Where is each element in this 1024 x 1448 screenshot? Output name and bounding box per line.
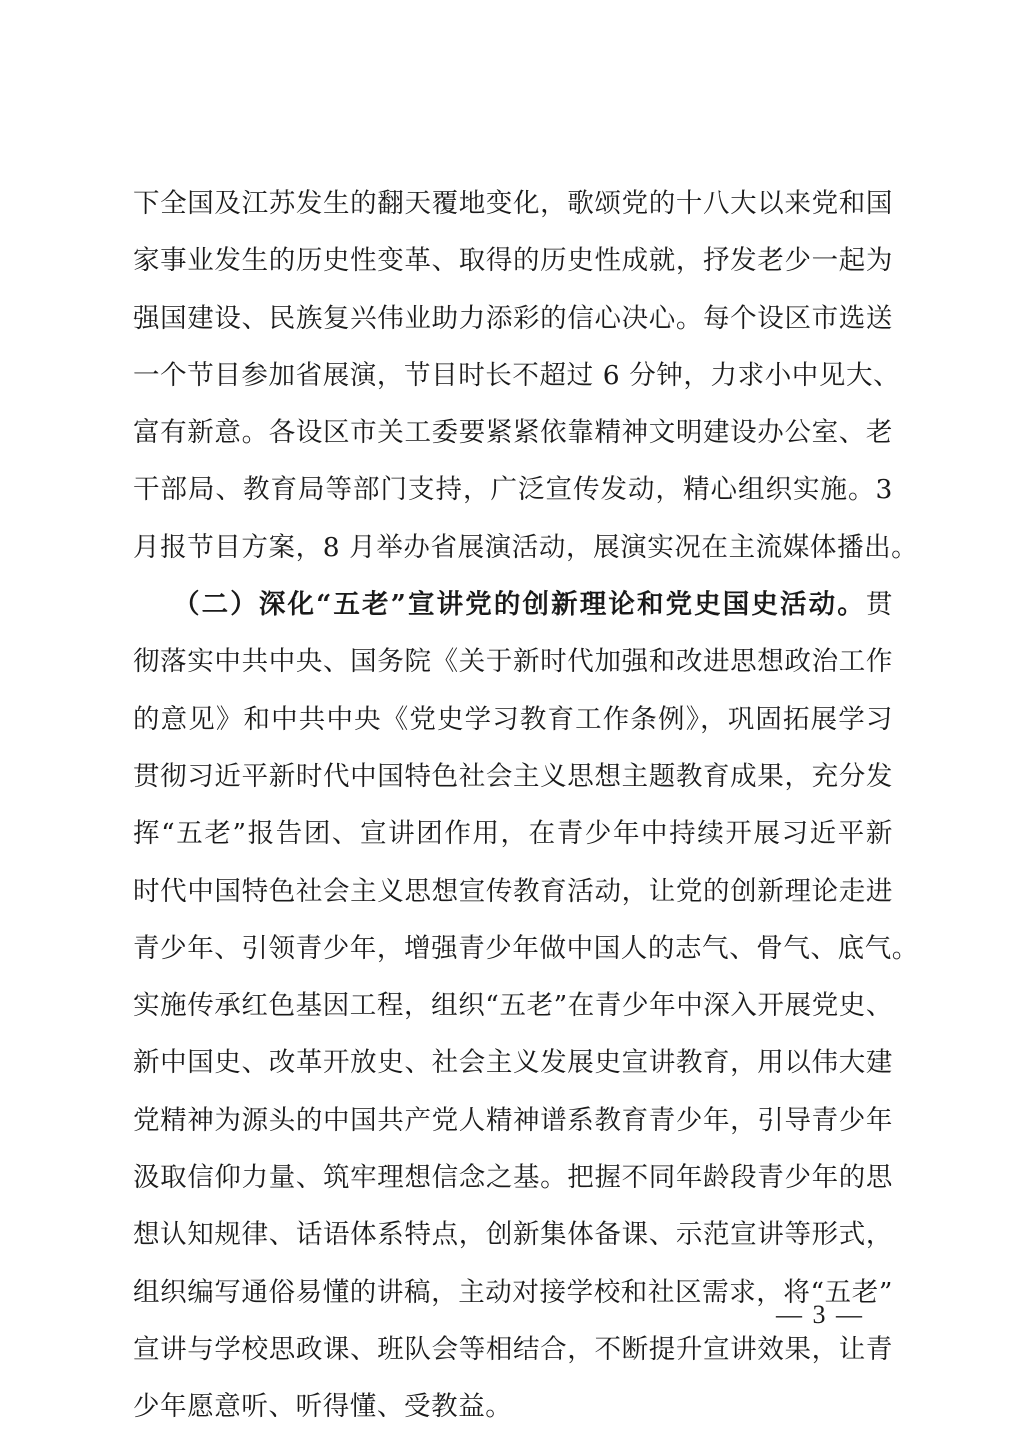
paragraph-line: 挥“五老”报告团、宣讲团作用，在青少年中持续开展习近平新 bbox=[133, 812, 893, 869]
paragraph-line: 贯彻习近平新时代中国特色社会主义思想主题教育成果，充分发 bbox=[133, 755, 893, 812]
paragraph-line: 宣讲与学校思政课、班队会等相结合，不断提升宣讲效果，让青 bbox=[133, 1328, 893, 1385]
section-heading: （二）深化“五老”宣讲党的创新理论和党史国史活动。 bbox=[173, 589, 866, 620]
section-heading-tail: 贯 bbox=[866, 589, 893, 620]
document-body: 下全国及江苏发生的翻天覆地变化，歌颂党的十八大以来党和国 家事业发生的历史性变革… bbox=[133, 182, 893, 1443]
paragraph-line: 月报节目方案，8 月举办省展演活动，展演实况在主流媒体播出。 bbox=[133, 526, 893, 583]
paragraph-line: 实施传承红色基因工程，组织“五老”在青少年中深入开展党史、 bbox=[133, 984, 893, 1041]
paragraph-line: 强国建设、民族复兴伟业助力添彩的信心决心。每个设区市选送 bbox=[133, 297, 893, 354]
paragraph-line: 富有新意。各设区市关工委要紧紧依靠精神文明建设办公室、老 bbox=[133, 411, 893, 468]
paragraph-line: 少年愿意听、听得懂、受教益。 bbox=[133, 1385, 893, 1442]
paragraph-line: 时代中国特色社会主义思想宣传教育活动，让党的创新理论走进 bbox=[133, 870, 893, 927]
paragraph-line: 想认知规律、话语体系特点，创新集体备课、示范宣讲等形式， bbox=[133, 1213, 893, 1270]
paragraph-line: 干部局、教育局等部门支持，广泛宣传发动，精心组织实施。3 bbox=[133, 468, 893, 525]
document-page: 下全国及江苏发生的翻天覆地变化，歌颂党的十八大以来党和国 家事业发生的历史性变革… bbox=[0, 0, 1024, 1448]
paragraph-line: 家事业发生的历史性变革、取得的历史性成就，抒发老少一起为 bbox=[133, 239, 893, 296]
paragraph-line: 青少年、引领青少年，增强青少年做中国人的志气、骨气、底气。 bbox=[133, 927, 893, 984]
section-heading-line: （二）深化“五老”宣讲党的创新理论和党史国史活动。贯 bbox=[133, 583, 893, 640]
paragraph-line: 彻落实中共中央、国务院《关于新时代加强和改进思想政治工作 bbox=[133, 640, 893, 697]
paragraph-line: 下全国及江苏发生的翻天覆地变化，歌颂党的十八大以来党和国 bbox=[133, 182, 893, 239]
paragraph-line: 党精神为源头的中国共产党人精神谱系教育青少年，引导青少年 bbox=[133, 1099, 893, 1156]
page-number: — 3 — bbox=[776, 1300, 864, 1330]
paragraph-line: 汲取信仰力量、筑牢理想信念之基。把握不同年龄段青少年的思 bbox=[133, 1156, 893, 1213]
paragraph-line: 一个节目参加省展演，节目时长不超过 6 分钟，力求小中见大、 bbox=[133, 354, 893, 411]
paragraph-line: 新中国史、改革开放史、社会主义发展史宣讲教育，用以伟大建 bbox=[133, 1041, 893, 1098]
paragraph-line: 的意见》和中共中央《党史学习教育工作条例》，巩固拓展学习 bbox=[133, 698, 893, 755]
